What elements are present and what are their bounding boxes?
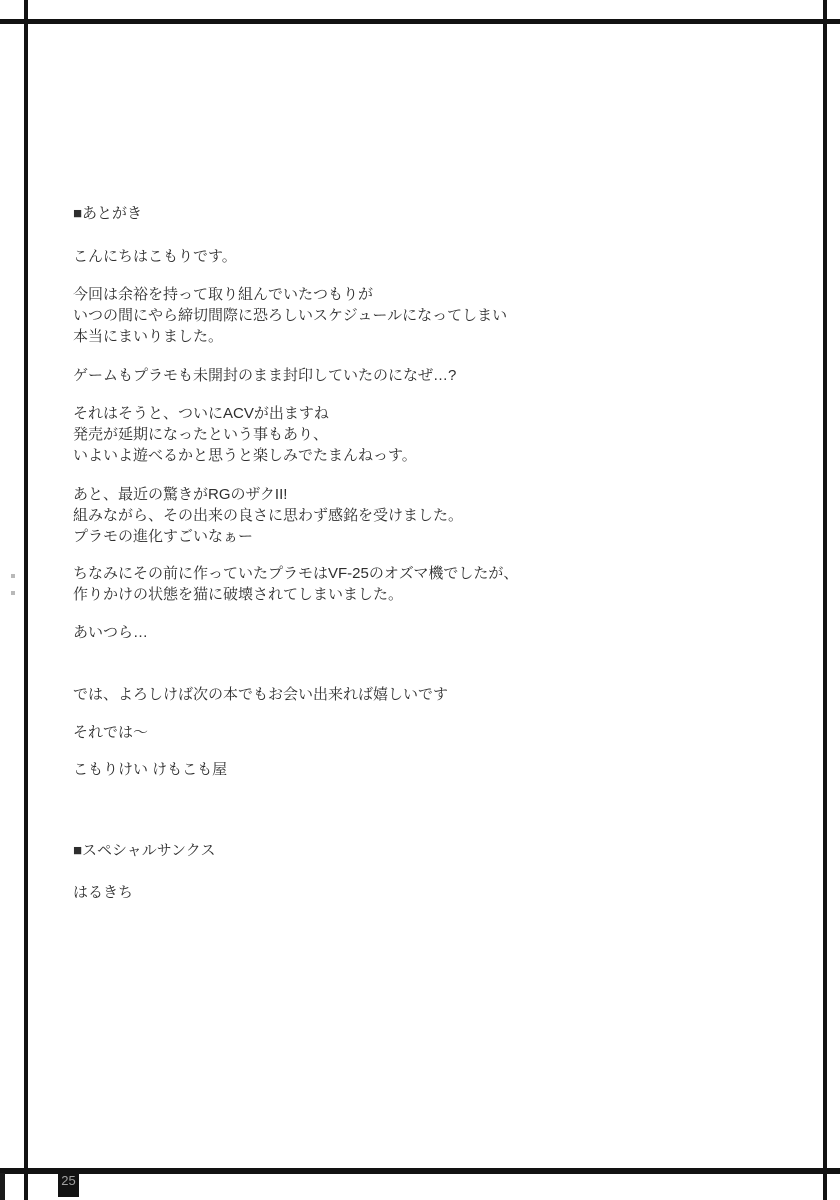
scan-speck [11, 574, 15, 578]
text-line: それはそうと、ついにACVが出ますね [73, 403, 417, 424]
author-signature: こもりけい けもこも屋 [73, 759, 227, 780]
text-line: あいつら… [73, 622, 148, 643]
text-line: ゲームもプラモも未開封のまま封印していたのになぜ…? [73, 365, 456, 386]
text-line: では、よろしけば次の本でもお会い出来れば嬉しいです [73, 684, 448, 705]
text-line: こんにちはこもりです。 [73, 246, 237, 267]
scanned-afterword-page: ■あとがき こんにちはこもりです。 今回は余裕を持って取り組んでいたつもりが い… [0, 0, 840, 1200]
text-line: こもりけい けもこも屋 [73, 759, 227, 780]
text-line: ちなみにその前に作っていたプラモはVF-25のオズマ機でしたが、 [73, 563, 518, 584]
afterword-heading: ■あとがき [73, 203, 142, 224]
paragraph-acv: それはそうと、ついにACVが出ますね 発売が延期になったという事もあり、 いよい… [73, 403, 417, 466]
text-line: 組みながら、その出来の良さに思わず感銘を受けました。 [73, 505, 463, 526]
special-thanks-name: はるきち [73, 882, 133, 903]
paragraph-cats: あいつら… [73, 622, 148, 643]
frame-left-line [24, 0, 28, 1200]
page-number: 25 [61, 1173, 75, 1188]
text-line: いつの間にやら締切間際に恐ろしいスケジュールになってしまい [73, 305, 507, 326]
text-line: 本当にまいりました。 [73, 326, 507, 347]
text-line: 今回は余裕を持って取り組んでいたつもりが [73, 284, 507, 305]
text-line: はるきち [73, 882, 133, 903]
text-line: 作りかけの状態を猫に破壊されてしまいました。 [73, 584, 518, 605]
page-number-tab: 25 [58, 1172, 79, 1197]
scan-speck [11, 591, 15, 595]
text-line: あと、最近の驚きがRGのザクII! [73, 484, 463, 505]
paragraph-greeting: こんにちはこもりです。 [73, 246, 237, 267]
frame-right-line [823, 0, 827, 1200]
special-thanks-heading: ■スペシャルサンクス [73, 840, 216, 861]
paragraph-schedule: 今回は余裕を持って取り組んでいたつもりが いつの間にやら締切間際に恐ろしいスケジ… [73, 284, 507, 347]
frame-bottom-line [0, 1168, 840, 1174]
paragraph-rg-zaku: あと、最近の驚きがRGのザクII! 組みながら、その出来の良さに思わず感銘を受け… [73, 484, 463, 547]
text-line: プラモの進化すごいなぁー [73, 526, 463, 547]
paragraph-sealed: ゲームもプラモも未開封のまま封印していたのになぜ…? [73, 365, 456, 386]
paragraph-farewell: それでは～ [73, 722, 148, 743]
text-line: それでは～ [73, 722, 148, 743]
frame-top-line [0, 19, 840, 24]
paragraph-vf25: ちなみにその前に作っていたプラモはVF-25のオズマ機でしたが、 作りかけの状態… [73, 563, 518, 605]
scan-edge-smudge [0, 1173, 5, 1200]
paragraph-closing: では、よろしけば次の本でもお会い出来れば嬉しいです [73, 684, 448, 705]
text-line: いよいよ遊べるかと思うと楽しみでたまんねっす。 [73, 445, 417, 466]
text-line: 発売が延期になったという事もあり、 [73, 424, 417, 445]
